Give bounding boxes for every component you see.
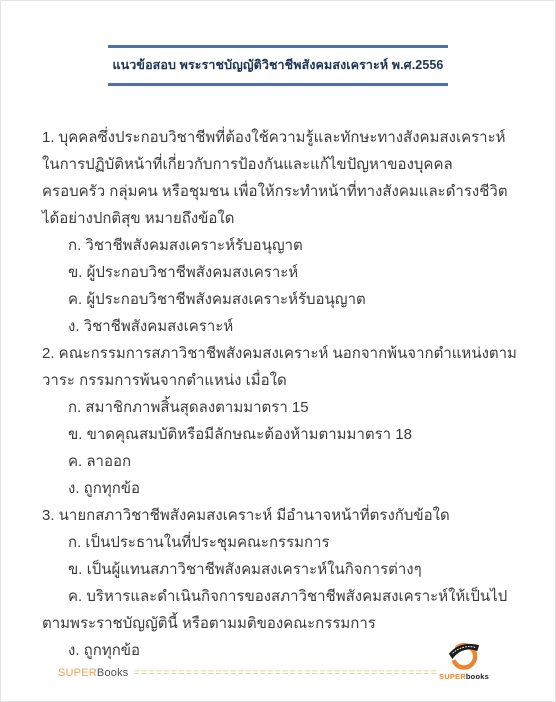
question-3-text: 3. นายกสภาวิชาชีพสังคมสงเคราะห์ มีอำนาจห… bbox=[42, 502, 519, 529]
question-1-choice-d: ง. วิชาชีพสังคมสงเคราะห์ bbox=[42, 313, 519, 340]
logo-wordmark: SUPERbooks bbox=[439, 672, 489, 681]
document-page: แนวข้อสอบ พระราชบัญญัติวิชาชีพสังคมสงเคร… bbox=[0, 0, 556, 702]
question-1-text: 1. บุคคลซึ่งประกอบวิชาชีพที่ต้องใช้ความร… bbox=[42, 124, 519, 232]
question-1-choice-a: ก. วิชาชีพสังคมสงเคราะห์รับอนุญาต bbox=[42, 232, 519, 259]
question-1: 1. บุคคลซึ่งประกอบวิชาชีพที่ต้องใช้ความร… bbox=[42, 124, 519, 340]
superbooks-logo: SUPERbooks bbox=[439, 639, 489, 681]
question-3-choice-c: ค. บริหารและดำเนินกิจการของสภาวิชาชีพสัง… bbox=[42, 583, 519, 637]
page-title: แนวข้อสอบ พระราชบัญญัติวิชาชีพสังคมสงเคร… bbox=[108, 57, 448, 74]
brand-super-text: SUPER bbox=[58, 667, 97, 679]
question-1-choice-c: ค. ผู้ประกอบวิชาชีพสังคมสงเคราะห์รับอนุญ… bbox=[42, 286, 519, 313]
question-2-choice-c: ค. ลาออก bbox=[42, 448, 519, 475]
question-2-choice-b: ข. ขาดคุณสมบัติหรือมีลักษณะต้องห้ามตามมา… bbox=[42, 421, 519, 448]
question-2-choice-a: ก. สมาชิกภาพสิ้นสุดลงตามมาตรา 15 bbox=[42, 394, 519, 421]
logo-books-text: books bbox=[466, 672, 489, 681]
footer-separator: ========================================… bbox=[133, 667, 439, 679]
document-header: แนวข้อสอบ พระราชบัญญัติวิชาชีพสังคมสงเคร… bbox=[108, 45, 448, 86]
superbooks-swoosh-icon bbox=[448, 639, 480, 672]
logo-super-text: SUPER bbox=[439, 672, 466, 681]
footer: SUPERBooks =============================… bbox=[58, 667, 439, 679]
superbooks-wordmark: SUPERBooks bbox=[58, 667, 128, 679]
question-2: 2. คณะกรรมการสภาวิชาชีพสังคมสงเคราะห์ นอ… bbox=[42, 340, 519, 502]
question-3-choice-a: ก. เป็นประธานในที่ประชุมคณะกรรมการ bbox=[42, 529, 519, 556]
question-3-choice-b: ข. เป็นผู้แทนสภาวิชาชีพสังคมสงเคราะห์ในก… bbox=[42, 556, 519, 583]
question-1-choice-b: ข. ผู้ประกอบวิชาชีพสังคมสงเคราะห์ bbox=[42, 259, 519, 286]
question-2-text: 2. คณะกรรมการสภาวิชาชีพสังคมสงเคราะห์ นอ… bbox=[42, 340, 519, 394]
question-list: 1. บุคคลซึ่งประกอบวิชาชีพที่ต้องใช้ความร… bbox=[42, 124, 519, 664]
question-2-choice-d: ง. ถูกทุกข้อ bbox=[42, 475, 519, 502]
brand-books-text: Books bbox=[97, 667, 129, 679]
